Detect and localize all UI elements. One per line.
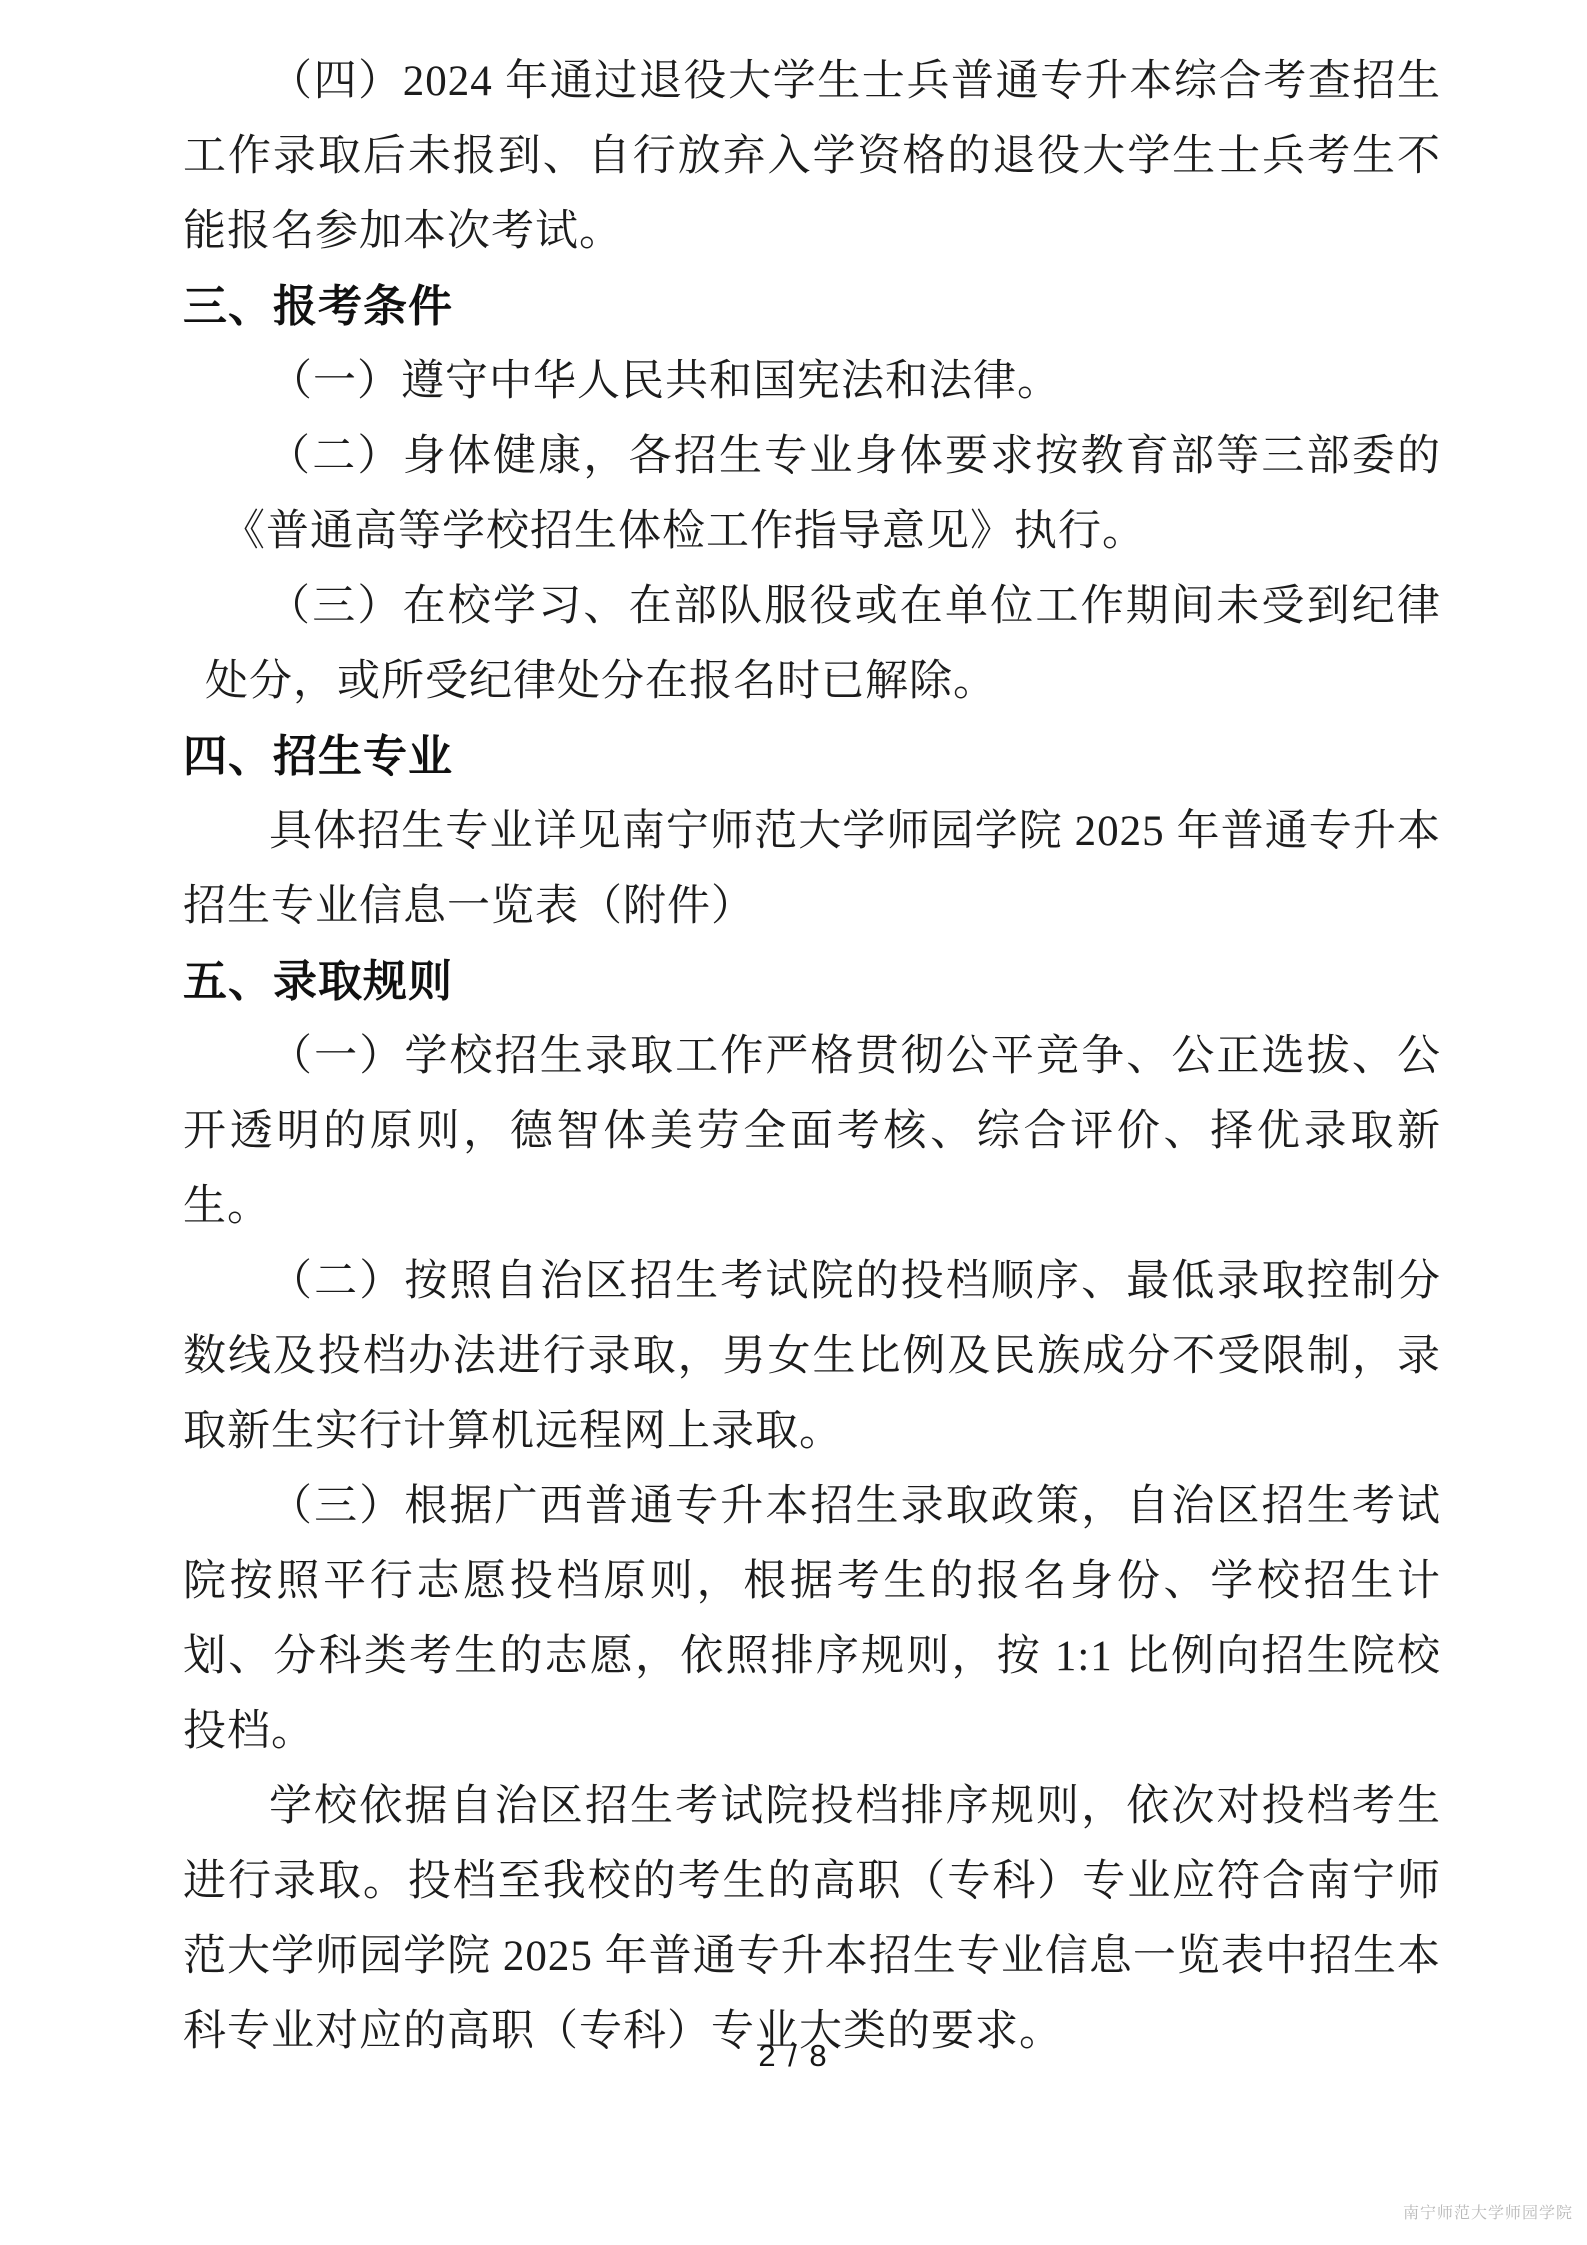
- section-heading-3-requirements: 三、报考条件: [183, 269, 1441, 344]
- watermark-text: 南宁师范大学师园学院: [1403, 2200, 1573, 2223]
- paragraph-majors-detail: 具体招生专业详见南宁师范大学师园学院 2025 年普通专升本招生专业信息一览表（…: [183, 794, 1441, 944]
- section-heading-5-admission-rules: 五、录取规则: [183, 944, 1441, 1019]
- paragraph-req-3: （三）在校学习、在部队服役或在单位工作期间未受到纪律处分，或所受纪律处分在报名时…: [183, 569, 1441, 719]
- paragraph-req-1: （一）遵守中华人民共和国宪法和法律。: [183, 344, 1441, 419]
- paragraph-rule-3: （三）根据广西普通专升本招生录取政策，自治区招生考试院按照平行志愿投档原则，根据…: [183, 1469, 1441, 1769]
- page-number: 2 / 8: [0, 2038, 1587, 2074]
- paragraph-req-2: （二）身体健康，各招生专业身体要求按教育部等三部委的《普通高等学校招生体检工作指…: [183, 419, 1441, 569]
- paragraph-rule-2: （二）按照自治区招生考试院的投档顺序、最低录取控制分数线及投档办法进行录取，男女…: [183, 1244, 1441, 1469]
- document-page: （四）2024 年通过退役大学生士兵普通专升本综合考查招生工作录取后未报到、自行…: [0, 0, 1587, 2245]
- document-body: （四）2024 年通过退役大学生士兵普通专升本综合考查招生工作录取后未报到、自行…: [183, 44, 1441, 2069]
- paragraph-item-4-eligibility: （四）2024 年通过退役大学生士兵普通专升本综合考查招生工作录取后未报到、自行…: [183, 44, 1441, 269]
- paragraph-rule-1: （一）学校招生录取工作严格贯彻公平竞争、公正选拔、公开透明的原则，德智体美劳全面…: [183, 1019, 1441, 1244]
- paragraph-rule-3-continued: 学校依据自治区招生考试院投档排序规则，依次对投档考生进行录取。投档至我校的考生的…: [183, 1769, 1441, 2069]
- section-heading-4-majors: 四、招生专业: [183, 719, 1441, 794]
